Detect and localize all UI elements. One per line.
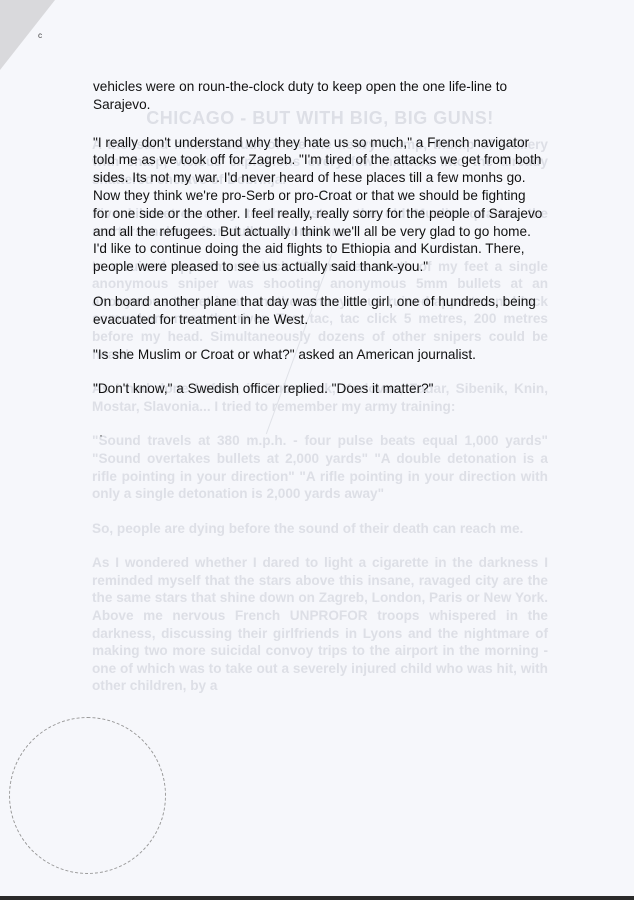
hole-punch-circle	[9, 717, 166, 874]
paragraph: On board another plane that day was the …	[93, 293, 543, 329]
show-through-paragraph: As I wondered whether I dared to light a…	[92, 554, 548, 695]
document-page: CHICAGO - BUT WITH BIG, BIG GUNS! A thou…	[0, 0, 634, 896]
paragraph: "Don't know," a Swedish officer replied.…	[93, 380, 543, 398]
document-body: vehicles were on roun-the-clock duty to …	[93, 78, 543, 415]
paragraph: "I really don't understand why they hate…	[93, 134, 543, 276]
show-through-paragraph: "Sound travels at 380 m.p.h. - four puls…	[92, 432, 548, 502]
stray-mark: ·	[99, 428, 103, 442]
paragraph: vehicles were on roun-the-clock duty to …	[93, 78, 543, 114]
show-through-paragraph: So, people are dying before the sound of…	[92, 520, 548, 538]
paragraph: "Is she Muslim or Croat or what?" asked …	[93, 346, 543, 364]
staple-mark: ᶜ	[38, 30, 42, 44]
